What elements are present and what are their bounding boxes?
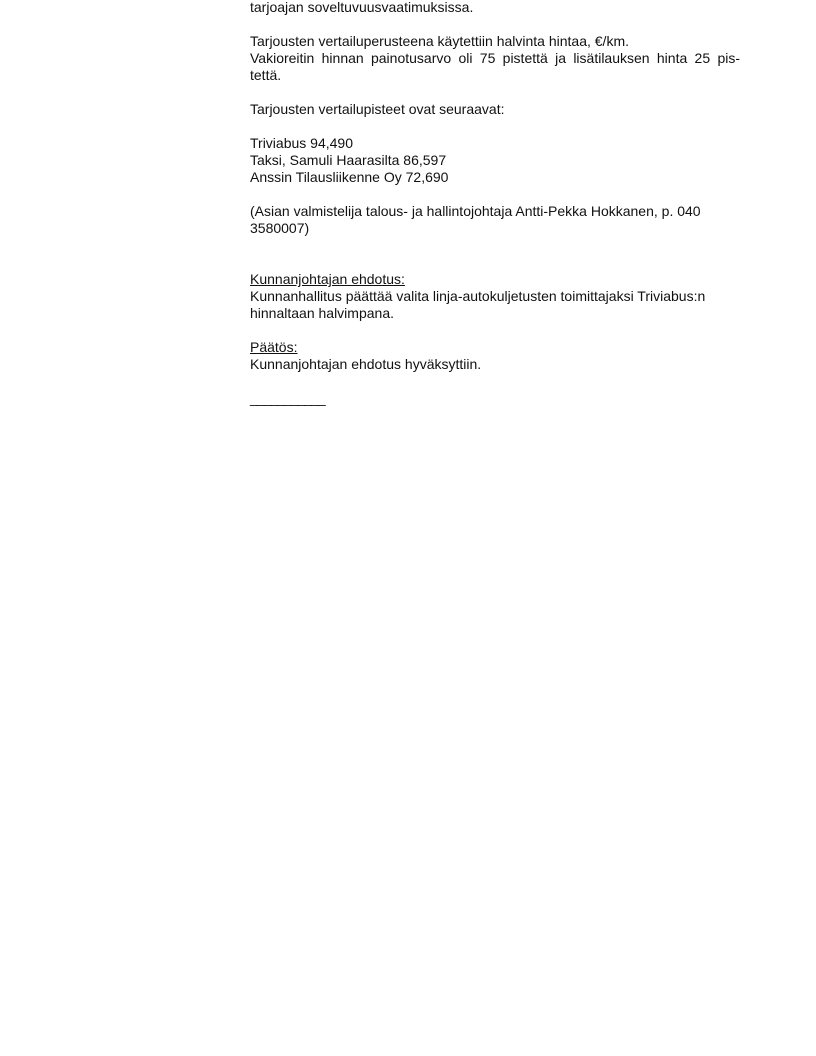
proposal-line-1: Kunnanhallitus päättää valita linja-auto… bbox=[250, 288, 740, 305]
bidder-points: 94,490 bbox=[310, 135, 353, 151]
decision-heading: Päätös: bbox=[250, 339, 297, 355]
proposal-heading: Kunnanjohtajan ehdotus: bbox=[250, 271, 405, 287]
intro-tail-text: tarjoajan soveltuvuusvaatimuksissa. bbox=[250, 0, 740, 16]
blank-line bbox=[250, 237, 740, 254]
score-item: Taksi, Samuli Haarasilta 86,597 bbox=[250, 152, 740, 169]
blank-line bbox=[250, 373, 740, 390]
blank-line bbox=[250, 322, 740, 339]
decision-text: Kunnanjohtajan ehdotus hyväksyttiin. bbox=[250, 356, 740, 373]
criteria-line-2: Vakioreitin hinnan painotusarvo oli 75 p… bbox=[250, 50, 740, 67]
blank-line bbox=[250, 84, 740, 101]
blank-line bbox=[250, 16, 740, 33]
criteria-line-3: tettä. bbox=[250, 67, 740, 84]
blank-line bbox=[250, 118, 740, 135]
scores-list: Triviabus 94,490 Taksi, Samuli Haarasilt… bbox=[250, 135, 740, 186]
document-page: tarjoajan soveltuvuusvaatimuksissa. Tarj… bbox=[250, 0, 740, 407]
bidder-name: Taksi, Samuli Haarasilta bbox=[250, 152, 399, 168]
bidder-name: Anssin Tilausliikenne Oy bbox=[250, 169, 402, 185]
decision-section: Päätös: Kunnanjohtajan ehdotus hyväksytt… bbox=[250, 339, 740, 373]
score-item: Anssin Tilausliikenne Oy 72,690 bbox=[250, 169, 740, 186]
proposal-line-2: hinnaltaan halvimpana. bbox=[250, 305, 740, 322]
section-separator: ___________ bbox=[250, 390, 740, 407]
bidder-name: Triviabus bbox=[250, 135, 306, 151]
preparer-line-1: (Asian valmistelija talous- ja hallintoj… bbox=[250, 203, 740, 220]
score-item: Triviabus 94,490 bbox=[250, 135, 740, 152]
scores-heading: Tarjousten vertailupisteet ovat seuraava… bbox=[250, 101, 740, 118]
bidder-points: 86,597 bbox=[403, 152, 446, 168]
bidder-points: 72,690 bbox=[406, 169, 449, 185]
proposal-section: Kunnanjohtajan ehdotus: Kunnanhallitus p… bbox=[250, 271, 740, 322]
criteria-paragraph: Tarjousten vertailuperusteena käytettiin… bbox=[250, 33, 740, 84]
preparer-note: (Asian valmistelija talous- ja hallintoj… bbox=[250, 203, 740, 237]
blank-line bbox=[250, 186, 740, 203]
criteria-line-1: Tarjousten vertailuperusteena käytettiin… bbox=[250, 33, 740, 50]
blank-line bbox=[250, 254, 740, 271]
preparer-line-2: 3580007) bbox=[250, 220, 740, 237]
